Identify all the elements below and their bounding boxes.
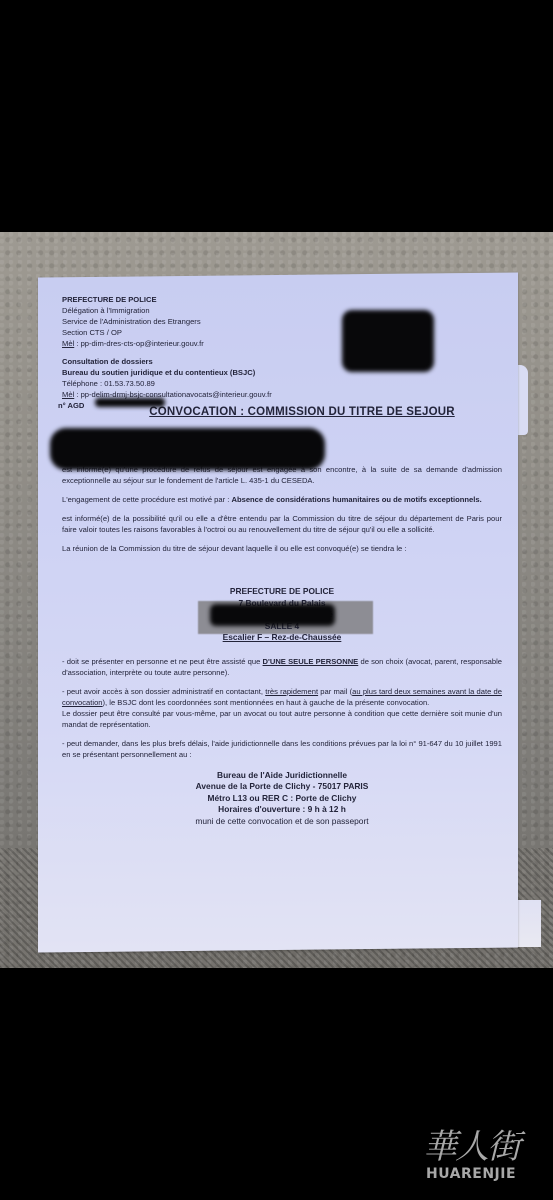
- consultation-phone: Téléphone : 01.53.73.50.89: [62, 378, 502, 389]
- aid-line: Métro L13 ou RER C : Porte de Clichy: [62, 793, 502, 805]
- consultation-title: Consultation de dossiers: [62, 356, 502, 367]
- issuer-org: PREFECTURE DE POLICE: [62, 294, 502, 305]
- letter-content: PREFECTURE DE POLICE Délégation à l'Immi…: [62, 294, 502, 827]
- watermark-text: HUARENJIE: [401, 1166, 541, 1182]
- text: - peut avoir accès à son dossier adminis…: [62, 687, 265, 696]
- redaction-name: [50, 428, 325, 470]
- email-value: : pp-dim-dres-cts-op@interieur.gouv.fr: [74, 339, 204, 348]
- text: ), le BSJC dont les coordonnées sont men…: [103, 698, 430, 707]
- redaction-reference: [95, 398, 165, 407]
- redaction-top-right: [342, 310, 434, 372]
- issuer-line: Section CTS / OP: [62, 327, 502, 338]
- issuer-line: Délégation à l'Immigration: [62, 305, 502, 316]
- location-line: Escalier F – Rez-de-Chaussée: [62, 632, 502, 644]
- watermark-logo: 華人街: [401, 1128, 541, 1166]
- aid-line: Horaires d'ouverture : 9 h à 12 h: [62, 804, 502, 816]
- legal-aid-office: Bureau de l'Aide Juridictionnelle Avenue…: [62, 770, 502, 828]
- aid-line: muni de cette convocation et de son pass…: [62, 816, 502, 828]
- aid-line: Avenue de la Porte de Clichy - 75017 PAR…: [62, 781, 502, 793]
- issuer-block: PREFECTURE DE POLICE Délégation à l'Immi…: [62, 294, 502, 349]
- emphasis: très rapidement: [265, 687, 318, 696]
- right-legal-aid: - peut demander, dans les plus brefs dél…: [62, 738, 502, 760]
- right-file-access: - peut avoir accès à son dossier adminis…: [62, 686, 502, 708]
- redaction-date: [210, 604, 335, 626]
- paper-fold: [518, 365, 528, 435]
- right-file-consult: Le dossier peut être consulté par vous-m…: [62, 708, 502, 730]
- location-line: PREFECTURE DE POLICE: [62, 586, 502, 598]
- right-assistance: - doit se présenter en personne et ne pe…: [62, 656, 502, 678]
- text: par mail (: [318, 687, 352, 696]
- motive-lead: L'engagement de cette procédure est moti…: [62, 495, 231, 504]
- consultation-bureau: Bureau du soutien juridique et du conten…: [62, 367, 502, 378]
- emphasis: D'UNE SEULE PERSONNE: [263, 657, 359, 666]
- paragraph-meeting: La réunion de la Commission du titre de …: [62, 543, 502, 554]
- document-title: CONVOCATION : COMMISSION DU TITRE DE SEJ…: [102, 407, 502, 418]
- paragraph-motive: L'engagement de cette procédure est moti…: [62, 494, 502, 505]
- email-label: Mèl: [62, 390, 74, 399]
- paragraph-hearing: est informé(e) de la possibilité qu'il o…: [62, 513, 502, 535]
- site-watermark: 華人街 HUARENJIE: [401, 1128, 541, 1188]
- aid-line: Bureau de l'Aide Juridictionnelle: [62, 770, 502, 782]
- issuer-line: Service de l'Administration des Etranger…: [62, 316, 502, 327]
- issuer-email: Mèl : pp-dim-dres-cts-op@interieur.gouv.…: [62, 338, 502, 349]
- motive-reason: Absence de considérations humanitaires o…: [231, 495, 481, 504]
- text: - doit se présenter en personne et ne pe…: [62, 657, 263, 666]
- email-label: Mèl: [62, 339, 74, 348]
